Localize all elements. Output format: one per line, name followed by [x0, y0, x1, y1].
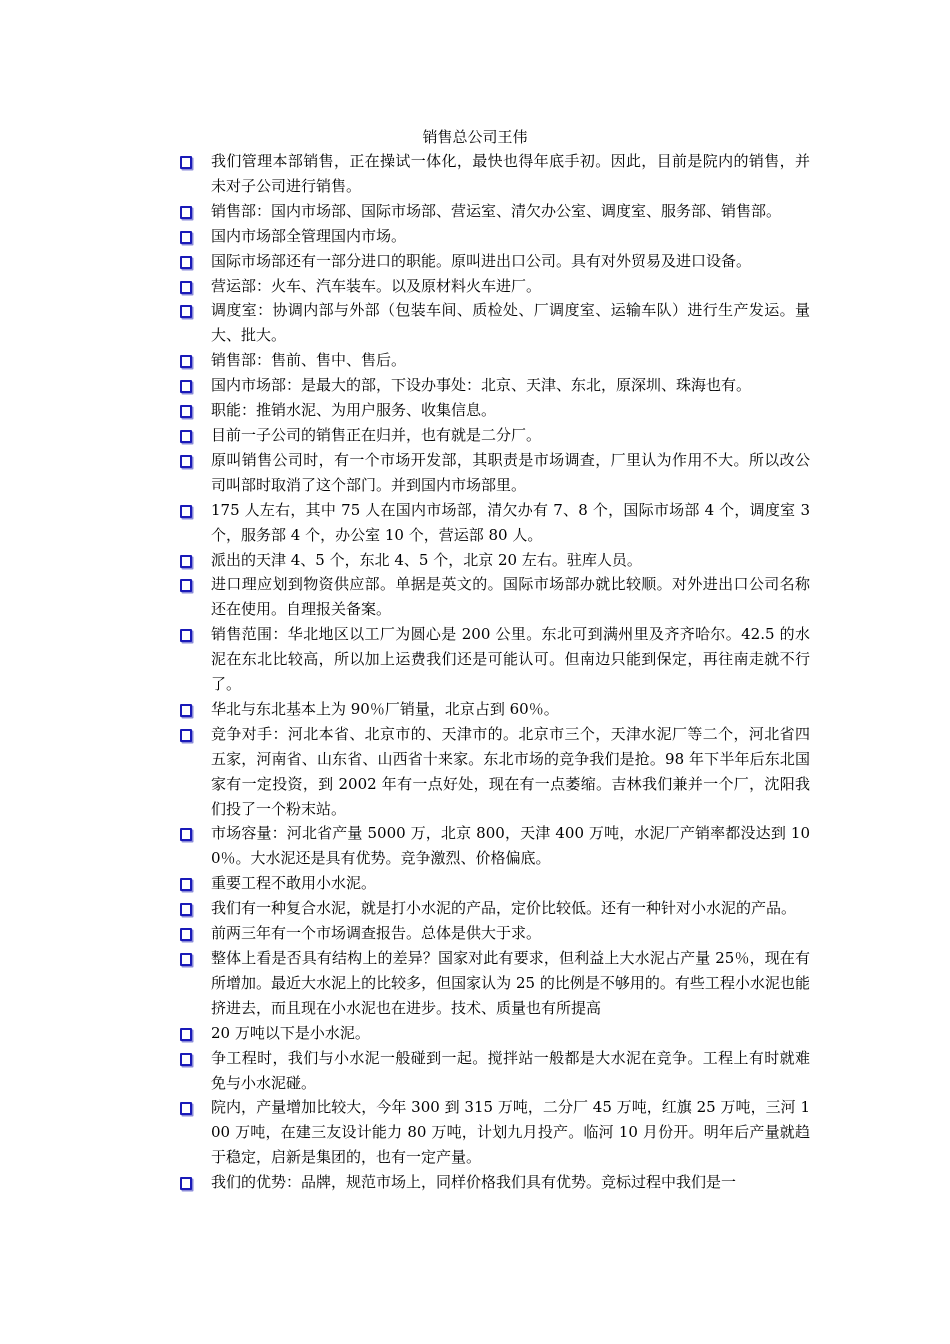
list-item-text: 竞争对手：河北本省、北京市的、天津市的。北京市三个，天津水泥厂等二个，河北省四五… — [211, 725, 810, 818]
list-item: 进口理应划到物资供应部。单据是英文的。国际市场部办就比较顺。对外进出口公司名称还… — [178, 572, 810, 622]
hollow-square-bullet-icon — [180, 928, 192, 941]
list-item-text: 进口理应划到物资供应部。单据是英文的。国际市场部办就比较顺。对外进出口公司名称还… — [211, 575, 810, 618]
hollow-square-bullet-icon — [180, 405, 192, 418]
list-item: 国内市场部：是最大的部，下设办事处：北京、天津、东北，原深圳、珠海也有。 — [178, 373, 810, 398]
hollow-square-bullet-icon — [180, 878, 192, 891]
list-item: 国内市场部全管理国内市场。 — [178, 224, 810, 249]
hollow-square-bullet-icon — [180, 953, 192, 966]
hollow-square-bullet-icon — [180, 555, 192, 568]
document-title: 销售总公司王伟 — [0, 127, 950, 147]
list-item-text: 院内，产量增加比较大，今年 300 到 315 万吨，二分厂 45 万吨，红旗 … — [211, 1098, 810, 1166]
hollow-square-bullet-icon — [180, 579, 192, 592]
list-item: 销售部：国内市场部、国际市场部、营运室、清欠办公室、调度室、服务部、销售部。 — [178, 199, 810, 224]
document-page: 销售总公司王伟 我们管理本部销售，正在操试一体化，最快也得年底手初。因此，目前是… — [0, 0, 950, 1344]
list-item: 前两三年有一个市场调查报告。总体是供大于求。 — [178, 921, 810, 946]
list-item: 我们有一种复合水泥，就是打小水泥的产品，定价比较低。还有一种针对小水泥的产品。 — [178, 896, 810, 921]
list-item: 竞争对手：河北本省、北京市的、天津市的。北京市三个，天津水泥厂等二个，河北省四五… — [178, 722, 810, 822]
list-item: 派出的天津 4、5 个，东北 4、5 个，北京 20 左右。驻库人员。 — [178, 548, 810, 573]
hollow-square-bullet-icon — [180, 1053, 192, 1066]
hollow-square-bullet-icon — [180, 305, 192, 318]
list-item: 争工程时，我们与小水泥一般碰到一起。搅拌站一般都是大水泥在竞争。工程上有时就难免… — [178, 1046, 810, 1096]
hollow-square-bullet-icon — [180, 380, 192, 393]
hollow-square-bullet-icon — [180, 1102, 192, 1115]
list-item-text: 职能：推销水泥、为用户服务、收集信息。 — [211, 401, 496, 419]
hollow-square-bullet-icon — [180, 704, 192, 717]
list-item: 市场容量：河北省产量 5000 万，北京 800，天津 400 万吨，水泥厂产销… — [178, 821, 810, 871]
list-item: 职能：推销水泥、为用户服务、收集信息。 — [178, 398, 810, 423]
list-item-text: 原叫销售公司时，有一个市场开发部，其职责是市场调查，厂里认为作用不大。所以改公司… — [211, 451, 810, 494]
list-item-text: 我们的优势：品牌，规范市场上，同样价格我们具有优势。竞标过程中我们是一 — [211, 1173, 736, 1191]
hollow-square-bullet-icon — [180, 828, 192, 841]
list-item-text: 我们有一种复合水泥，就是打小水泥的产品，定价比较低。还有一种针对小水泥的产品。 — [211, 899, 796, 917]
list-item-text: 20 万吨以下是小水泥。 — [211, 1024, 370, 1042]
list-item: 华北与东北基本上为 90％厂销量，北京占到 60％。 — [178, 697, 810, 722]
list-item-text: 华北与东北基本上为 90％厂销量，北京占到 60％。 — [211, 700, 559, 718]
hollow-square-bullet-icon — [180, 729, 192, 742]
list-item: 重要工程不敢用小水泥。 — [178, 871, 810, 896]
list-item-text: 国内市场部：是最大的部，下设办事处：北京、天津、东北，原深圳、珠海也有。 — [211, 376, 751, 394]
bullet-list: 我们管理本部销售，正在操试一体化，最快也得年底手初。因此，目前是院内的销售，并未… — [178, 149, 810, 1195]
list-item: 院内，产量增加比较大，今年 300 到 315 万吨，二分厂 45 万吨，红旗 … — [178, 1095, 810, 1170]
list-item: 目前一子公司的销售正在归并，也有就是二分厂。 — [178, 423, 810, 448]
list-item-text: 我们管理本部销售，正在操试一体化，最快也得年底手初。因此，目前是院内的销售，并未… — [211, 152, 810, 195]
list-item-text: 销售部：售前、售中、售后。 — [211, 351, 406, 369]
hollow-square-bullet-icon — [180, 256, 192, 269]
hollow-square-bullet-icon — [180, 281, 192, 294]
list-item: 原叫销售公司时，有一个市场开发部，其职责是市场调查，厂里认为作用不大。所以改公司… — [178, 448, 810, 498]
list-item: 175 人左右，其中 75 人在国内市场部，清欠办有 7、8 个，国际市场部 4… — [178, 498, 810, 548]
hollow-square-bullet-icon — [180, 206, 192, 219]
list-item-text: 调度室：协调内部与外部（包装车间、质检处、厂调度室、运输车队）进行生产发运。量大… — [211, 301, 810, 344]
list-item-text: 争工程时，我们与小水泥一般碰到一起。搅拌站一般都是大水泥在竞争。工程上有时就难免… — [211, 1049, 810, 1092]
list-item-text: 派出的天津 4、5 个，东北 4、5 个，北京 20 左右。驻库人员。 — [211, 551, 642, 569]
list-item-text: 整体上看是否具有结构上的差异？国家对此有要求，但利益上大水泥占产量 25％，现在… — [211, 949, 810, 1017]
list-item: 整体上看是否具有结构上的差异？国家对此有要求，但利益上大水泥占产量 25％，现在… — [178, 946, 810, 1021]
hollow-square-bullet-icon — [180, 430, 192, 443]
hollow-square-bullet-icon — [180, 903, 192, 916]
hollow-square-bullet-icon — [180, 355, 192, 368]
list-item: 调度室：协调内部与外部（包装车间、质检处、厂调度室、运输车队）进行生产发运。量大… — [178, 298, 810, 348]
list-item: 我们管理本部销售，正在操试一体化，最快也得年底手初。因此，目前是院内的销售，并未… — [178, 149, 810, 199]
list-item: 销售部：售前、售中、售后。 — [178, 348, 810, 373]
list-item: 国际市场部还有一部分进口的职能。原叫进出口公司。具有对外贸易及进口设备。 — [178, 249, 810, 274]
list-item: 20 万吨以下是小水泥。 — [178, 1021, 810, 1046]
list-item-text: 重要工程不敢用小水泥。 — [211, 874, 376, 892]
list-item-text: 销售范围：华北地区以工厂为圆心是 200 公里。东北可到满州里及齐齐哈尔。42.… — [211, 625, 810, 693]
hollow-square-bullet-icon — [180, 629, 192, 642]
list-item-text: 市场容量：河北省产量 5000 万，北京 800，天津 400 万吨，水泥厂产销… — [211, 824, 810, 867]
list-item-text: 销售部：国内市场部、国际市场部、营运室、清欠办公室、调度室、服务部、销售部。 — [211, 202, 781, 220]
hollow-square-bullet-icon — [180, 156, 192, 169]
list-item-text: 前两三年有一个市场调查报告。总体是供大于求。 — [211, 924, 541, 942]
list-item-text: 目前一子公司的销售正在归并，也有就是二分厂。 — [211, 426, 541, 444]
hollow-square-bullet-icon — [180, 505, 192, 518]
list-item-text: 国际市场部还有一部分进口的职能。原叫进出口公司。具有对外贸易及进口设备。 — [211, 252, 751, 270]
list-item: 销售范围：华北地区以工厂为圆心是 200 公里。东北可到满州里及齐齐哈尔。42.… — [178, 622, 810, 697]
list-item: 营运部：火车、汽车装车。以及原材料火车进厂。 — [178, 274, 810, 299]
list-item-text: 175 人左右，其中 75 人在国内市场部，清欠办有 7、8 个，国际市场部 4… — [211, 501, 810, 544]
hollow-square-bullet-icon — [180, 455, 192, 468]
list-item-text: 营运部：火车、汽车装车。以及原材料火车进厂。 — [211, 277, 541, 295]
hollow-square-bullet-icon — [180, 1177, 192, 1190]
hollow-square-bullet-icon — [180, 1028, 192, 1041]
hollow-square-bullet-icon — [180, 231, 192, 244]
list-item-text: 国内市场部全管理国内市场。 — [211, 227, 406, 245]
list-item: 我们的优势：品牌，规范市场上，同样价格我们具有优势。竞标过程中我们是一 — [178, 1170, 810, 1195]
